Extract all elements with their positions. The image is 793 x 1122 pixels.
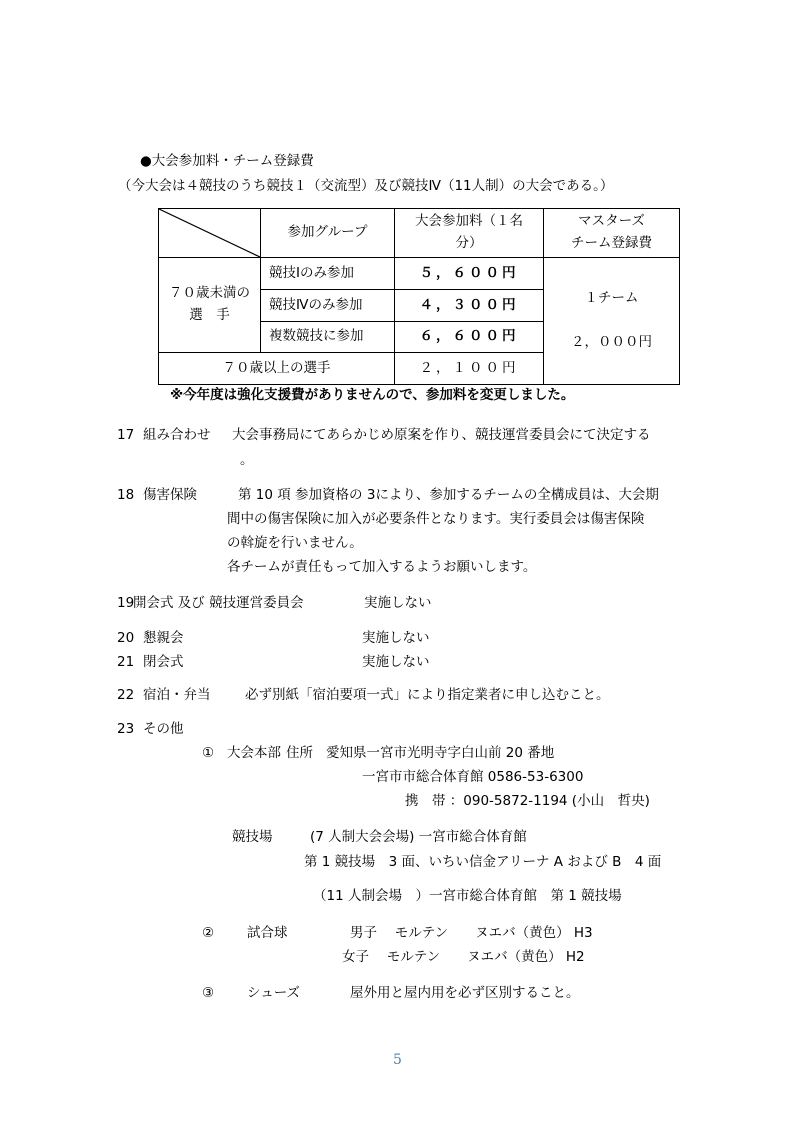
- shoes-label: シューズ: [247, 987, 300, 1001]
- venue-line2: 第 1 競技場 3 面、いちい信金アリーナ A および B 4 面: [304, 856, 661, 870]
- fee-section-note: （今大会は４競技のうち競技１（交流型）及び競技Ⅳ（11人制）の大会である。）: [118, 180, 613, 194]
- under70-label-line2: 選 手: [159, 305, 260, 327]
- masters-fee-line2: ２，０００円: [544, 332, 679, 354]
- item-20-title: 懇親会: [143, 632, 184, 646]
- item-22-title: 宿泊・弁当: [143, 689, 211, 703]
- masters-fee-line1: １チーム: [544, 288, 679, 310]
- venue-line1: (7 人制大会会場) 一宮市総合体育館: [310, 831, 527, 845]
- item-18-title: 傷害保険: [143, 489, 197, 503]
- item-18-number: 18: [117, 489, 134, 503]
- item-19-value: 実施しない: [364, 597, 432, 611]
- hq-venue-tel: 一宮市市総合体育館 0586-53-6300: [362, 771, 583, 785]
- item-18-line4: 各チームが責任もって加入するようお願いします。: [227, 561, 536, 575]
- under70-label: ７０歳未満の 選 手: [159, 258, 261, 353]
- shoes-value: 屋外用と屋内用を必ず区別すること。: [350, 987, 580, 1001]
- venue-line3: （11 人制会場 ）一宮市総合体育館 第 1 競技場: [313, 890, 622, 904]
- shoes-marker: ③: [202, 987, 214, 1001]
- fee-cell: ６，６００円: [395, 322, 544, 353]
- item-22-value: 必ず別紙「宿泊要項一式」により指定業者に申し込むこと。: [245, 689, 610, 703]
- item-18-line1: 第 10 項 参加資格の 3により、参加するチームの全構成員は、大会期: [238, 489, 659, 503]
- hq-label: 大会本部: [227, 747, 281, 761]
- ball-marker: ②: [202, 927, 214, 941]
- item-22-number: 22: [117, 689, 134, 703]
- item-19-title: 開会式 及び 競技運営委員会: [133, 597, 304, 611]
- hq-address-label: 住所: [286, 747, 313, 761]
- item-17-text: 大会事務局にてあらかじめ原案を作り、競技運営委員会にて決定する: [232, 429, 651, 443]
- item-21-number: 21: [117, 656, 134, 670]
- fee-table: 参加グループ 大会参加料（１名 分） マスターズ チーム登録費 ７０歳未満の 選…: [158, 208, 680, 385]
- masters-fee: １チーム ２，０００円: [544, 258, 680, 385]
- item-23-number: 23: [117, 723, 134, 737]
- item-21-title: 閉会式: [143, 656, 184, 670]
- item-18-line2: 間中の傷害保険に加入が必要条件となります。実行委員会は傷害保険: [227, 513, 644, 527]
- group-cell: 複数競技に参加: [261, 322, 395, 353]
- header-fee-line2: 分）: [395, 233, 543, 255]
- over70-fee: ２，１００円: [395, 353, 544, 385]
- item-21-value: 実施しない: [362, 656, 430, 670]
- diagonal-header-cell: [159, 209, 261, 258]
- header-group: 参加グループ: [261, 209, 395, 258]
- item-17-text-cont: 。: [240, 454, 254, 468]
- header-fee: 大会参加料（１名 分）: [395, 209, 544, 258]
- item-23-title: その他: [143, 723, 184, 737]
- item-20-number: 20: [117, 632, 134, 646]
- ball-label: 試合球: [247, 927, 288, 941]
- item-19-number: 19: [117, 597, 134, 611]
- venue-label: 競技場: [232, 831, 273, 845]
- hq-marker: ①: [202, 747, 214, 761]
- fee-footnote: ※今年度は強化支援費がありませんので、参加料を変更しました。: [170, 389, 574, 403]
- page-number: 5: [393, 1053, 402, 1067]
- over70-label: ７０歳以上の選手: [159, 353, 395, 385]
- hq-address: 愛知県一宮市光明寺字白山前 20 番地: [326, 747, 554, 761]
- fee-section-heading: ●大会参加料・チーム登録費: [140, 155, 314, 169]
- item-17-title: 組み合わせ: [143, 429, 211, 443]
- fee-cell: ５，６００円: [395, 258, 544, 290]
- header-masters-line1: マスターズ: [544, 211, 679, 233]
- under70-label-line1: ７０歳未満の: [159, 283, 260, 305]
- hq-mobile: 携 帯 ：090-5872-1194 (小山 哲央): [405, 795, 650, 809]
- item-17-number: 17: [117, 429, 134, 443]
- fee-cell: ４，３００円: [395, 290, 544, 322]
- header-masters: マスターズ チーム登録費: [544, 209, 680, 258]
- item-20-value: 実施しない: [362, 632, 430, 646]
- diagonal-line-icon: [159, 209, 260, 257]
- ball-men: 男子 モルテン ヌエバ（黄色） H3: [350, 927, 593, 941]
- group-cell: 競技Ⅰのみ参加: [261, 258, 395, 290]
- header-fee-line1: 大会参加料（１名: [395, 211, 543, 233]
- header-masters-line2: チーム登録費: [544, 233, 679, 255]
- item-18-line3: の斡旋を行いません。: [227, 537, 363, 551]
- ball-women: 女子 モルテン ヌエバ（黄色） H2: [342, 951, 585, 965]
- group-cell: 競技Ⅳのみ参加: [261, 290, 395, 322]
